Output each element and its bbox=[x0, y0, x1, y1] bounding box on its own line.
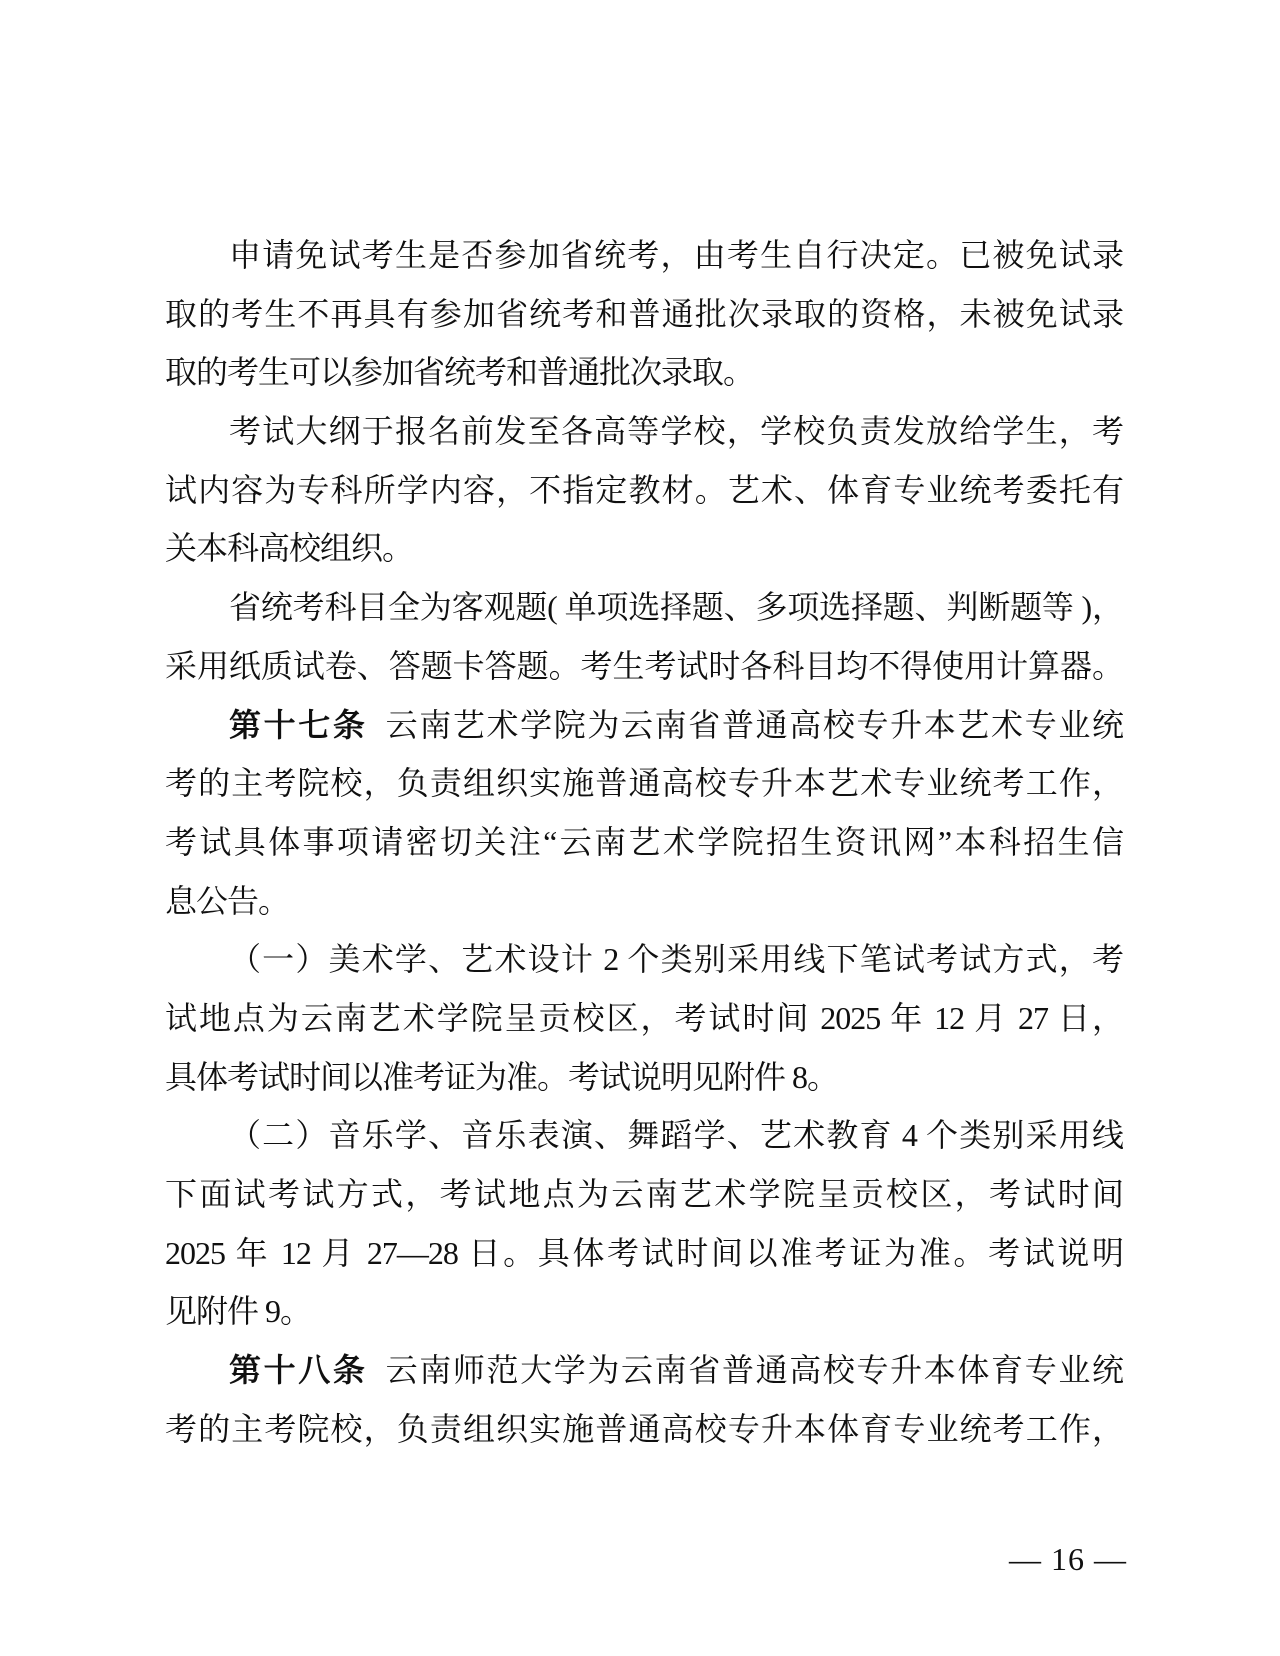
text-line: 省统考科目全为客观题( 单项选择题、多项选择题、判断题等 )， bbox=[165, 578, 1123, 637]
text-line-content: 考的主考院校，负责组织实施普通高校专升本艺术专业统考工作， bbox=[165, 765, 1123, 801]
text-line-content: 省统考科目全为客观题( 单项选择题、多项选择题、判断题等 )， bbox=[229, 589, 1123, 625]
text-line: 下面试考试方式，考试地点为云南艺术学院呈贡校区，考试时间 bbox=[165, 1165, 1123, 1224]
text-line-content: 考的主考院校，负责组织实施普通高校专升本体育专业统考工作， bbox=[165, 1411, 1123, 1447]
text-line-content: 2025 年 12 月 27—28 日。具体考试时间以准考证为准。考试说明 bbox=[165, 1235, 1123, 1271]
text-line-content: 申请免试考生是否参加省统考，由考生自行决定。已被免试录 bbox=[229, 237, 1123, 273]
text-line: 考试具体事项请密切关注“云南艺术学院招生资讯网”本科招生信 bbox=[165, 813, 1123, 872]
text-line-content: 取的考生不再具有参加省统考和普通批次录取的资格，未被免试录 bbox=[165, 296, 1123, 332]
text-line: 试内容为专科所学内容，不指定教材。艺术、体育专业统考委托有 bbox=[165, 461, 1123, 520]
text-line: （二）音乐学、音乐表演、舞蹈学、艺术教育 4 个类别采用线 bbox=[165, 1106, 1123, 1165]
text-line-content: 息公告。 bbox=[165, 883, 289, 919]
article-number: 第十八条 bbox=[229, 1352, 368, 1388]
text-line-content: 关本科高校组织。 bbox=[165, 530, 413, 566]
page-number: — 16 — bbox=[1009, 1538, 1127, 1580]
text-line: 关本科高校组织。 bbox=[165, 519, 1123, 578]
text-line-content: （二）音乐学、音乐表演、舞蹈学、艺术教育 4 个类别采用线 bbox=[229, 1117, 1123, 1153]
text-line-content: 采用纸质试卷、答题卡答题。考生考试时各科目均不得使用计算器。 bbox=[165, 648, 1123, 684]
text-line-content: 云南艺术学院为云南省普通高校专升本艺术专业统 bbox=[386, 707, 1123, 743]
article-number: 第十七条 bbox=[229, 707, 368, 743]
text-line: （一）美术学、艺术设计 2 个类别采用线下笔试考试方式，考 bbox=[165, 930, 1123, 989]
text-line: 取的考生可以参加省统考和普通批次录取。 bbox=[165, 343, 1123, 402]
text-line-content: 取的考生可以参加省统考和普通批次录取。 bbox=[165, 354, 754, 390]
text-line: 考的主考院校，负责组织实施普通高校专升本艺术专业统考工作， bbox=[165, 754, 1123, 813]
text-line: 第十七条云南艺术学院为云南省普通高校专升本艺术专业统 bbox=[165, 696, 1123, 755]
text-line-content: 试地点为云南艺术学院呈贡校区，考试时间 2025 年 12 月 27 日， bbox=[165, 1000, 1123, 1036]
text-line: 考试大纲于报名前发至各高等学校，学校负责发放给学生，考 bbox=[165, 402, 1123, 461]
text-line: 采用纸质试卷、答题卡答题。考生考试时各科目均不得使用计算器。 bbox=[165, 637, 1123, 696]
text-line-content: 云南师范大学为云南省普通高校专升本体育专业统 bbox=[386, 1352, 1123, 1388]
text-line-content: （一）美术学、艺术设计 2 个类别采用线下笔试考试方式，考 bbox=[229, 941, 1123, 977]
document-text-block: 申请免试考生是否参加省统考，由考生自行决定。已被免试录 取的考生不再具有参加省统… bbox=[165, 226, 1123, 1458]
document-page: 申请免试考生是否参加省统考，由考生自行决定。已被免试录 取的考生不再具有参加省统… bbox=[0, 0, 1280, 1656]
text-line: 见附件 9。 bbox=[165, 1282, 1123, 1341]
text-line: 试地点为云南艺术学院呈贡校区，考试时间 2025 年 12 月 27 日， bbox=[165, 989, 1123, 1048]
text-line: 2025 年 12 月 27—28 日。具体考试时间以准考证为准。考试说明 bbox=[165, 1224, 1123, 1283]
text-line: 第十八条云南师范大学为云南省普通高校专升本体育专业统 bbox=[165, 1341, 1123, 1400]
text-line-content: 见附件 9。 bbox=[165, 1293, 311, 1329]
text-line: 申请免试考生是否参加省统考，由考生自行决定。已被免试录 bbox=[165, 226, 1123, 285]
text-line-content: 下面试考试方式，考试地点为云南艺术学院呈贡校区，考试时间 bbox=[165, 1176, 1123, 1212]
text-line: 息公告。 bbox=[165, 872, 1123, 931]
text-line: 具体考试时间以准考证为准。考试说明见附件 8。 bbox=[165, 1048, 1123, 1107]
text-line: 取的考生不再具有参加省统考和普通批次录取的资格，未被免试录 bbox=[165, 285, 1123, 344]
text-line-content: 考试具体事项请密切关注“云南艺术学院招生资讯网”本科招生信 bbox=[165, 824, 1123, 860]
text-line: 考的主考院校，负责组织实施普通高校专升本体育专业统考工作， bbox=[165, 1400, 1123, 1459]
text-line-content: 具体考试时间以准考证为准。考试说明见附件 8。 bbox=[165, 1059, 838, 1095]
text-line-content: 试内容为专科所学内容，不指定教材。艺术、体育专业统考委托有 bbox=[165, 472, 1123, 508]
text-line-content: 考试大纲于报名前发至各高等学校，学校负责发放给学生，考 bbox=[229, 413, 1123, 449]
